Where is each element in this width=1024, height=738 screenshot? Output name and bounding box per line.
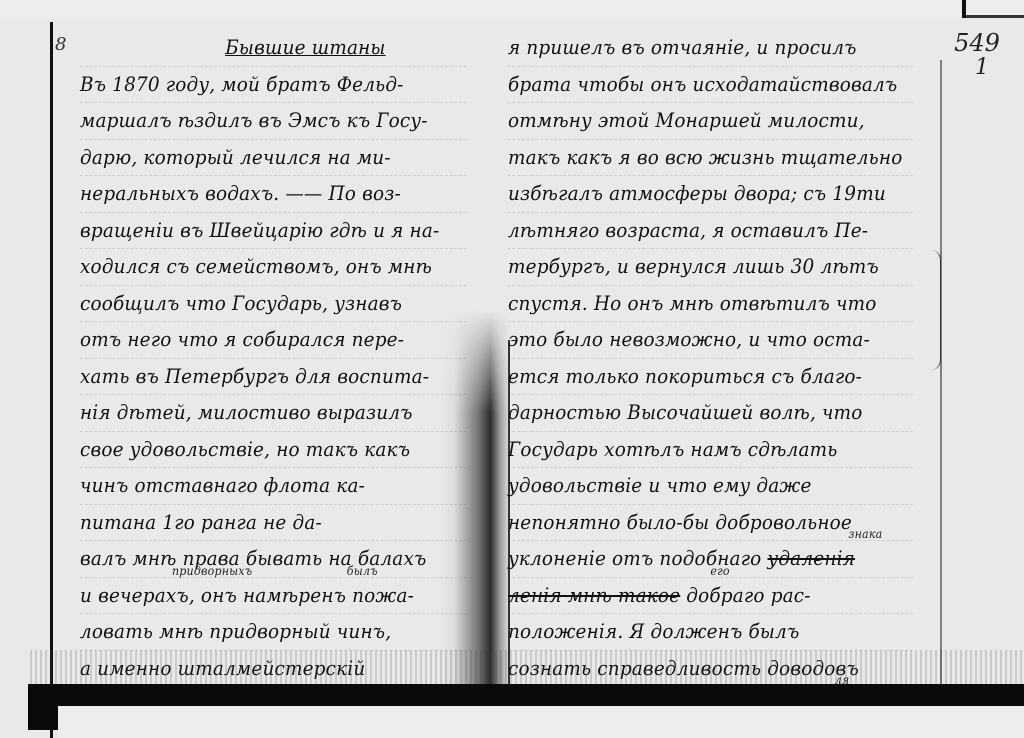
interlinear-insertion: знака: [848, 527, 882, 541]
line-text: ходился съ семействомъ, онъ мнѣ: [80, 254, 432, 278]
line-text: чинъ отставнаго флота ка-: [80, 473, 365, 497]
line-text: маршалъ ѣздилъ въ Эмсъ къ Госу-: [80, 108, 428, 132]
interlinear-insertion: былъ: [347, 564, 378, 578]
line-text: спустя. Но онъ мнѣ отвѣтилъ что: [508, 291, 876, 315]
text-line: спустя. Но онъ мнѣ отвѣтилъ что: [508, 286, 913, 323]
corner-mark: 8: [55, 34, 66, 55]
line-text: вращеніи въ Швейцарію гдѣ и я на-: [80, 218, 439, 242]
heading-text: Бывшие штаны: [225, 35, 385, 59]
text-line: дарностью Высочайшей волѣ, что: [508, 395, 913, 432]
line-text: это было невозможно, и что оста-: [508, 327, 870, 351]
text-line: положенія. Я долженъ былъ: [508, 614, 913, 651]
text-line: придворныхъ былъ и вечерахъ, онъ намѣрен…: [80, 578, 466, 615]
text-line: ловать мнѣ придворный чинъ,: [80, 614, 466, 651]
line-text: отъ него что я собирался пере-: [80, 327, 404, 351]
text-line: чинъ отставнаго флота ка-: [80, 468, 466, 505]
text-line: избѣгалъ атмосферы двора; съ 19ти: [508, 176, 913, 213]
line-text: ется только покориться съ благо-: [508, 364, 862, 388]
line-text: положенія. Я долженъ былъ: [508, 619, 799, 643]
struck-text: удаленія: [767, 546, 855, 570]
line-text: добраго рас-: [686, 583, 810, 607]
line-text: избѣгалъ атмосферы двора; съ 19ти: [508, 181, 886, 205]
left-page: Бывшие штаны Въ 1870 году, мой братъ Фел…: [80, 30, 500, 724]
line-text: нія дѣтей, милостиво выразилъ: [80, 400, 413, 424]
line-text: Въ 1870 году, мой братъ Фельд-: [80, 72, 404, 96]
text-line: тербургъ, и вернулся лишь 30 лѣтъ: [508, 249, 913, 286]
text-line: это было невозможно, и что оста-: [508, 322, 913, 359]
text-line: маршалъ ѣздилъ въ Эмсъ къ Госу-: [80, 103, 466, 140]
text-line: питана 1го ранга не да-: [80, 505, 466, 542]
text-line: отъ него что я собирался пере-: [80, 322, 466, 359]
text-line: неральныхъ водахъ. —— По воз-: [80, 176, 466, 213]
scan-bottom-edge: [28, 684, 1024, 706]
text-line: ходился съ семействомъ, онъ мнѣ: [80, 249, 466, 286]
line-text: я пришелъ въ отчаяніе, и просилъ: [508, 35, 857, 59]
scan-bottom-margin: [58, 706, 1024, 738]
text-line: нія дѣтей, милостиво выразилъ: [80, 395, 466, 432]
text-line: отмѣну этой Монаршей милости,: [508, 103, 913, 140]
interlinear-insertion: его: [710, 564, 729, 578]
text-line: дарю, который лечился на ми-: [80, 140, 466, 177]
scan-bottom-edge: [28, 700, 58, 730]
line-text: свое удовольствіе, но такъ какъ: [80, 437, 410, 461]
line-text: непонятно было-бы добровольное: [508, 510, 852, 534]
page-heading: Бывшие штаны: [80, 30, 466, 67]
text-line: его ленія мнѣ такое добраго рас-: [508, 578, 913, 615]
text-line: лѣтняго возраста, я оставилъ Пе-: [508, 213, 913, 250]
text-line: валъ мнѣ права бывать на балахъ: [80, 541, 466, 578]
line-text: удовольствіе и что ему даже: [508, 473, 812, 497]
text-line: Въ 1870 году, мой братъ Фельд-: [80, 67, 466, 104]
text-line: хать въ Петербургъ для воспита-: [80, 359, 466, 396]
text-line: сообщилъ что Государь, узнавъ: [80, 286, 466, 323]
text-line: Государь хотѣлъ намъ сдѣлать: [508, 432, 913, 469]
line-text: Государь хотѣлъ намъ сдѣлать: [508, 437, 837, 461]
folio-sub-number: 1: [957, 56, 1007, 80]
line-text: неральныхъ водахъ. —— По воз-: [80, 181, 401, 205]
line-text: брата чтобы онъ исходатайствовалъ: [508, 72, 897, 96]
struck-text: ленія мнѣ такое: [508, 583, 680, 607]
line-text: дарностью Высочайшей волѣ, что: [508, 400, 863, 424]
text-line: ется только покориться съ благо-: [508, 359, 913, 396]
right-page: я пришелъ въ отчаяніе, и просилъ брата ч…: [508, 30, 948, 724]
text-line: я пришелъ въ отчаяніе, и просилъ: [508, 30, 913, 67]
scan-noise: [30, 650, 1024, 686]
text-line: такъ какъ я во всю жизнь тщательно: [508, 140, 913, 177]
text-line: брата чтобы онъ исходатайствовалъ: [508, 67, 913, 104]
line-text: дарю, который лечился на ми-: [80, 145, 391, 169]
line-text: отмѣну этой Монаршей милости,: [508, 108, 865, 132]
text-line: вращеніи въ Швейцарію гдѣ и я на-: [80, 213, 466, 250]
line-text: такъ какъ я во всю жизнь тщательно: [508, 145, 902, 169]
line-text: питана 1го ранга не да-: [80, 510, 322, 534]
scan-edge-mark: [966, 15, 1024, 18]
text-line: свое удовольствіе, но такъ какъ: [80, 432, 466, 469]
folio-page-number: 549: [947, 30, 1007, 56]
line-text: ловать мнѣ придворный чинъ,: [80, 619, 391, 643]
manuscript-scan: 8 549 1 Бывшие штаны Въ 1870 году, мой б…: [0, 0, 1024, 738]
line-text: сообщилъ что Государь, узнавъ: [80, 291, 402, 315]
text-line: удовольствіе и что ему даже: [508, 468, 913, 505]
line-text: хать въ Петербургъ для воспита-: [80, 364, 429, 388]
left-margin-rule: [50, 22, 53, 738]
line-text: и вечерахъ, онъ намѣренъ пожа-: [80, 583, 414, 607]
line-text: тербургъ, и вернулся лишь 30 лѣтъ: [508, 254, 879, 278]
scan-top-edge: [0, 0, 1024, 18]
folio-number: 549 1: [947, 30, 1007, 80]
line-text: лѣтняго возраста, я оставилъ Пе-: [508, 218, 868, 242]
interlinear-insertion: придворныхъ: [172, 564, 252, 578]
